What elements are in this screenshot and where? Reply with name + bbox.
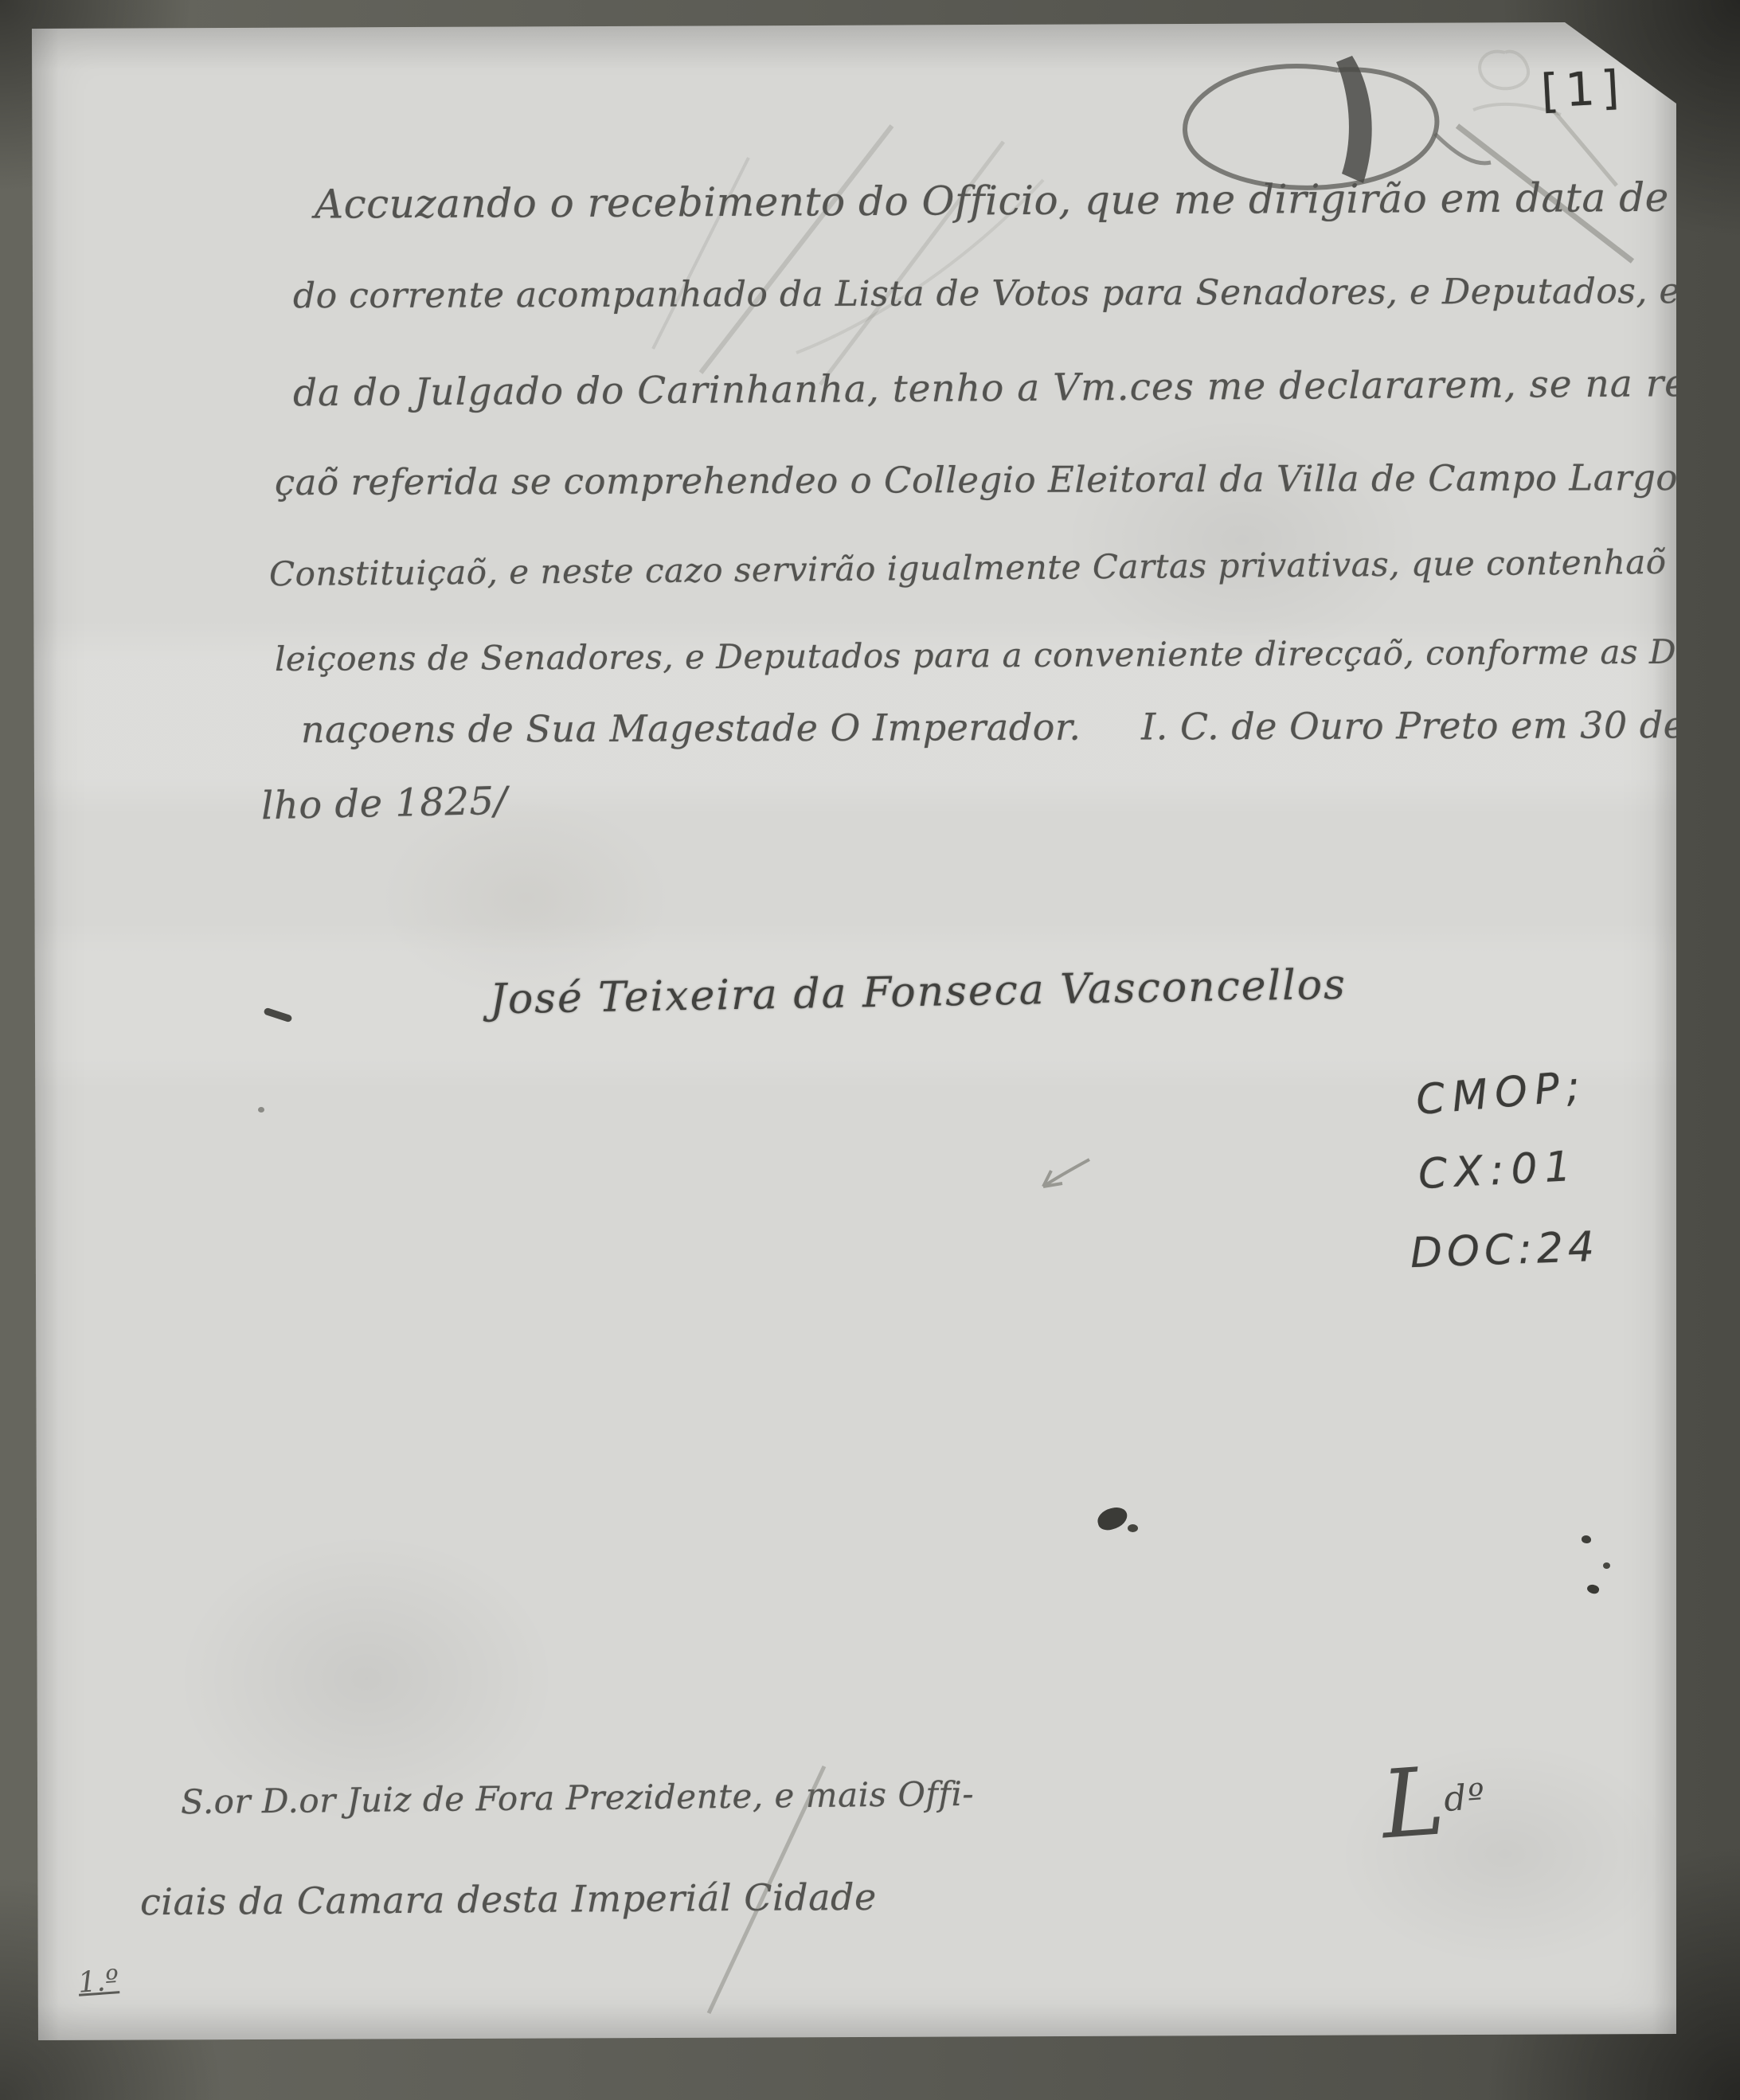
registry-mark-letter: L bbox=[1378, 1746, 1448, 1859]
ink-speck bbox=[1603, 1562, 1610, 1569]
archive-code-line-1: CMOP; bbox=[1414, 1062, 1589, 1125]
signature: José Teixeira da Fonseca Vasconcellos bbox=[490, 963, 1347, 1023]
ink-dot-mark bbox=[258, 1107, 264, 1113]
archive-code-line-2: CX:01 bbox=[1417, 1143, 1579, 1199]
registry-mark: Ldº bbox=[1378, 1751, 1489, 1852]
address-line-2: ciais da Camara desta Imperiál Cidade bbox=[140, 1877, 877, 1922]
manuscript-line-8: lho de 1825/ bbox=[260, 780, 507, 827]
page-number-mark: [1] bbox=[1539, 60, 1627, 118]
manuscript-line-2: do corrente acompanhado da Lista de Voto… bbox=[293, 272, 1740, 316]
scanned-document: [1] Accuzando o recebimento do Officio, … bbox=[0, 0, 1740, 2100]
address-line-1: S.or D.or Juiz de Fora Prezidente, e mai… bbox=[181, 1776, 975, 1821]
manuscript-line-6: leiçoens de Senadores, e Deputados para … bbox=[275, 633, 1740, 678]
ink-speck bbox=[1582, 1535, 1591, 1543]
corner-numeral: 1.º bbox=[77, 1964, 120, 1999]
ink-blot bbox=[1095, 1505, 1129, 1532]
ink-speck bbox=[1586, 1583, 1601, 1595]
manuscript-line-5: Constituiçaõ, e neste cazo servirão igua… bbox=[269, 543, 1740, 593]
manuscript-line-4: çaõ referida se comprehendeo o Collegio … bbox=[275, 458, 1735, 503]
manuscript-line-3: da do Julgado do Carinhanha, tenho a Vm.… bbox=[293, 363, 1737, 414]
manuscript-paper: [1] Accuzando o recebimento do Officio, … bbox=[32, 22, 1676, 2040]
pencil-arrow-icon bbox=[1027, 1153, 1099, 1201]
ink-blot-satellite bbox=[1128, 1524, 1138, 1532]
registry-mark-superscript: dº bbox=[1442, 1776, 1487, 1820]
manuscript-line-1: Accuzando o recebimento do Officio, que … bbox=[315, 175, 1734, 226]
ink-dash-mark bbox=[263, 1007, 292, 1023]
archive-code-line-3: DOC:24 bbox=[1410, 1223, 1600, 1277]
manuscript-line-7: naçoens de Sua Magestade O Imperador. I.… bbox=[301, 705, 1740, 750]
